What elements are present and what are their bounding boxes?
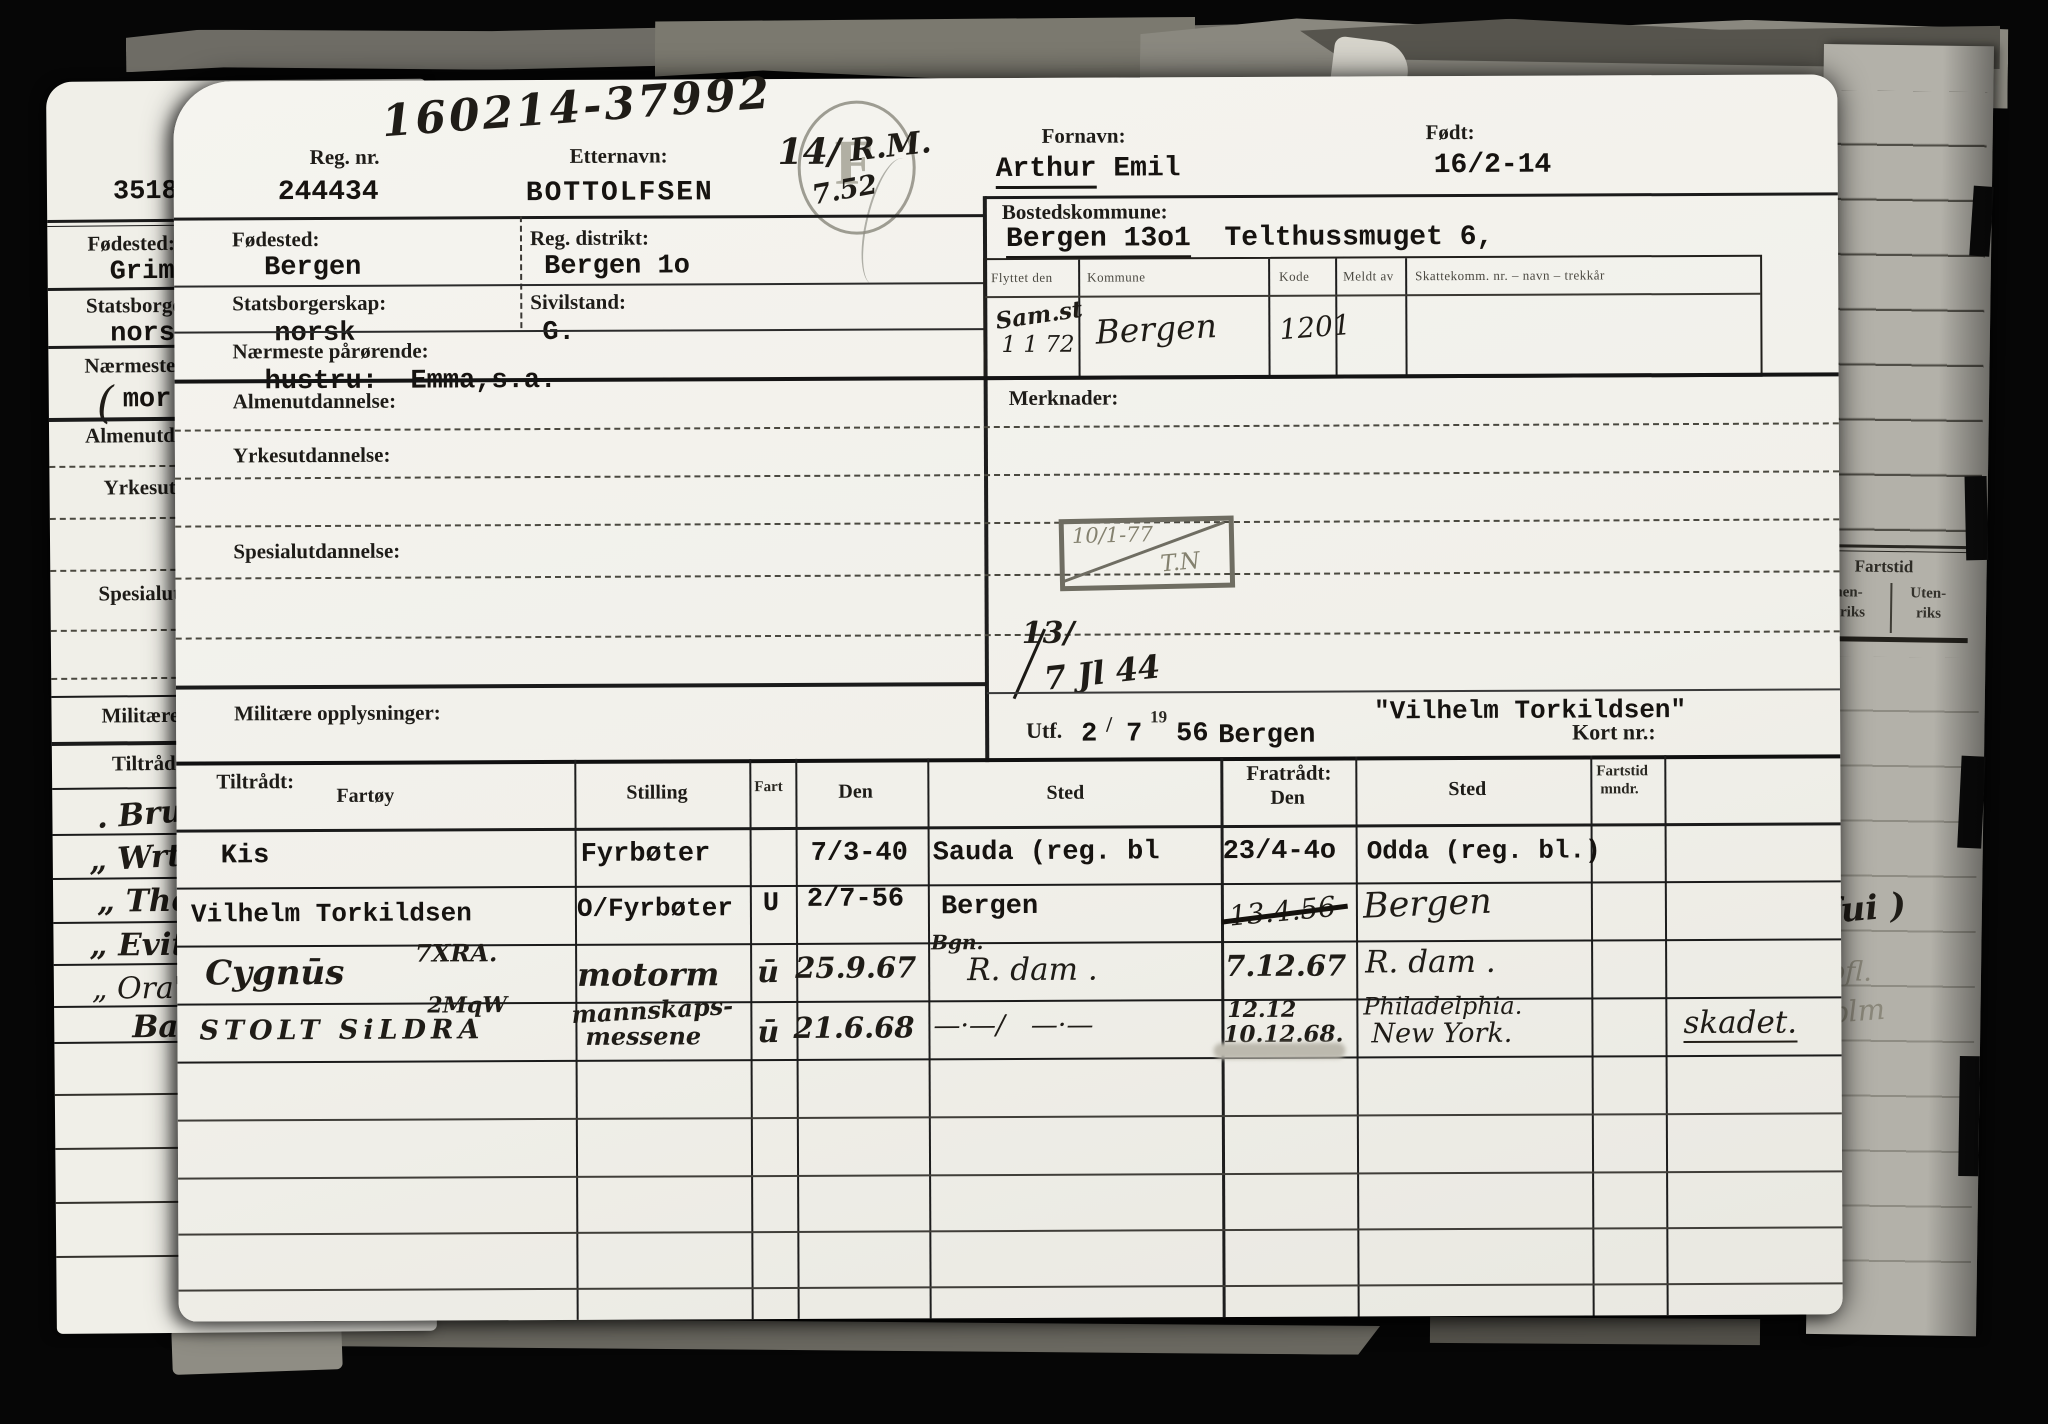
col-stilling: Stilling bbox=[626, 781, 687, 804]
row4-frat-sted-2: New York. bbox=[1371, 1018, 1512, 1050]
innenriks-header-line2: riks bbox=[1840, 604, 1865, 621]
register-card: Reg. nr. 244434 160214-37992 Etternavn: … bbox=[173, 74, 1842, 1321]
row2-fart: U bbox=[763, 889, 779, 919]
top-handwritten-number: 160214-37992 bbox=[380, 67, 774, 147]
col-fartoy: Fartøy bbox=[336, 785, 394, 808]
row4-fartoy-note: 2MqW bbox=[427, 992, 507, 1018]
fodested-column-divider bbox=[520, 216, 522, 328]
left-ship-5: „ Ora" bbox=[92, 971, 188, 1007]
row4-fartoy: STOLT SiLDRA bbox=[199, 1014, 484, 1046]
utenriks-header-line1: Uten- bbox=[1910, 585, 1946, 602]
left-naermeste-label: Nærmeste bbox=[84, 353, 175, 379]
utf-place: Bergen bbox=[1218, 721, 1315, 751]
col-sted: Sted bbox=[1046, 782, 1084, 805]
bostedskommune-main: Bergen 13o1 bbox=[1006, 223, 1191, 259]
left-almenutdannelse-label: Almenutd bbox=[85, 423, 175, 449]
utf-month: 7 bbox=[1126, 719, 1142, 749]
row4-frat-den-1: 12.12 bbox=[1227, 997, 1296, 1023]
utf-year: 56 bbox=[1176, 719, 1209, 749]
row4-note-skadet: skadet. bbox=[1683, 1005, 1797, 1043]
row1-den: 7/3-40 bbox=[811, 838, 908, 868]
row1-stilling: Fyrbøter bbox=[581, 839, 711, 870]
reg-distrikt-label: Reg. distrikt: bbox=[530, 226, 649, 252]
bostedskommune-label: Bostedskommune: bbox=[1002, 199, 1168, 225]
naermeste-label: Nærmeste pårørende: bbox=[232, 339, 428, 365]
kort-nr-label: Kort nr.: bbox=[1572, 719, 1656, 745]
fodt-label: Født: bbox=[1425, 120, 1474, 145]
col-fart: Fart bbox=[754, 779, 782, 796]
row4-frat-sted-1: Philadelphia. bbox=[1363, 992, 1522, 1021]
right-card-ruled-lines-top bbox=[1823, 90, 1987, 536]
row4-sted: —·—/ —·— bbox=[933, 1010, 1093, 1042]
row4-den: 21.6.68 bbox=[793, 1010, 914, 1045]
bostedskommune-value: Bergen 13o1 Telthussmuget 6, bbox=[1006, 222, 1493, 255]
stamp-box-date: 10/1-77 bbox=[1072, 522, 1153, 548]
row3-frat-sted: R. dam . bbox=[1365, 944, 1496, 981]
row3-fartoy: Cygnūs bbox=[205, 953, 344, 994]
row3-fartoy-note: 7XRA. bbox=[415, 938, 497, 967]
fodested-label: Fødested: bbox=[232, 227, 320, 252]
row2-stilling: O/Fyrbøter bbox=[577, 893, 733, 924]
row3-fart: ū bbox=[757, 955, 779, 990]
fornavn-first: Arthur bbox=[996, 154, 1097, 189]
fornavn-rest: Emil bbox=[1096, 153, 1180, 184]
etternavn-label: Etternavn: bbox=[570, 143, 668, 168]
tiltraadt-label: Tiltrådt: bbox=[216, 769, 294, 794]
mid-note-line2: 7 Jl 44 bbox=[1042, 647, 1162, 697]
row2-frat-sted: Bergen bbox=[1362, 882, 1492, 927]
row2-fartoy: Vilhelm Torkildsen bbox=[191, 898, 472, 929]
flytte-col-flyttet-den: Flyttet den bbox=[991, 270, 1053, 286]
flytte-col-skattekomm: Skattekomm. nr. – navn – trekkår bbox=[1415, 267, 1605, 284]
fornavn-label: Fornavn: bbox=[1041, 123, 1125, 148]
flytte-col-kode: Kode bbox=[1279, 269, 1309, 285]
col-fartstid-mndr: mndr. bbox=[1600, 781, 1638, 798]
row3-stilling: motorm bbox=[577, 955, 719, 994]
row1-frat-sted: Odda (reg. bl.) bbox=[1367, 835, 1601, 866]
statsborgerskap-label: Statsborgerskap: bbox=[232, 291, 386, 317]
date-stamp-box: 10/1-77 T.N bbox=[1059, 515, 1236, 591]
stamp-box-initials: T.N bbox=[1159, 548, 1201, 577]
fodested-value: Bergen bbox=[264, 253, 361, 283]
flytte-value-dato-1: Sam.st bbox=[994, 296, 1084, 335]
paper-bit-bottom-right bbox=[1430, 1317, 1760, 1345]
flytte-col-meldt-av: Meldt av bbox=[1343, 268, 1394, 284]
utf-label: Utf. bbox=[1026, 718, 1062, 744]
bostedskommune-rest: Telthussmuget 6, bbox=[1191, 222, 1494, 254]
militaere-label: Militære opplysninger: bbox=[234, 700, 441, 726]
mid-note-line1: 13/ bbox=[1022, 616, 1075, 651]
left-fodested-label: Fødested: bbox=[87, 231, 175, 257]
flytte-value-kode: 1201 bbox=[1278, 308, 1352, 346]
pencil-smudge bbox=[1214, 1043, 1346, 1060]
fodt-value: 16/2-14 bbox=[1434, 150, 1552, 182]
almenutdannelse-label: Almenutdannelse: bbox=[233, 389, 396, 415]
row2-den: 2/7-56 bbox=[807, 884, 904, 914]
sivilstand-label: Sivilstand: bbox=[530, 290, 626, 315]
utenriks-header-line2: riks bbox=[1916, 605, 1941, 622]
row3-sted-pre: Bgn. bbox=[931, 930, 984, 954]
row2-frat-den-struck: 13.4.56 bbox=[1228, 890, 1337, 933]
utf-day: 2 bbox=[1081, 720, 1097, 750]
paper-strip-bottom bbox=[290, 1317, 1380, 1355]
row2-sted: Bergen bbox=[941, 892, 1038, 922]
spesialutdannelse-label: Spesialutdannelse: bbox=[233, 539, 400, 565]
utf-pre-year: 19 bbox=[1150, 707, 1167, 727]
row1-fartoy: Kis bbox=[221, 841, 270, 871]
row1-frat-den: 23/4-4o bbox=[1223, 837, 1337, 867]
fartstid-header: Fartstid bbox=[1855, 556, 1914, 577]
flytte-value-kommune: Bergen bbox=[1094, 306, 1217, 352]
flytte-col-kommune: Kommune bbox=[1087, 269, 1145, 285]
flytte-table: Flyttet den Kommune Kode Meldt av Skatte… bbox=[983, 255, 1763, 380]
reg-nr-value: 244434 bbox=[278, 177, 379, 208]
stamp-handwriting-day: 14/ bbox=[778, 131, 841, 173]
merknader-label: Merknader: bbox=[1009, 386, 1119, 411]
reg-distrikt-value: Bergen 1o bbox=[544, 251, 690, 282]
row3-frat-den: 7.12.67 bbox=[1225, 949, 1346, 984]
col-frat-sted: Sted bbox=[1448, 778, 1486, 801]
stamp-handwriting-initials: R.M. bbox=[848, 124, 933, 169]
row4-fart: ū bbox=[757, 1015, 779, 1050]
fratraadt-label: Fratrådt: bbox=[1246, 761, 1331, 786]
col-frat-den: Den bbox=[1270, 787, 1305, 810]
col-den: Den bbox=[838, 781, 873, 804]
scanned-register-stack: Fartstid nen- riks Uten- riks fui ) ofl.… bbox=[0, 0, 2048, 1424]
row3-sted: R. dam . bbox=[967, 952, 1098, 989]
row3-den: 25.9.67 bbox=[795, 950, 916, 985]
fornavn-value: Arthur Emil bbox=[996, 153, 1181, 185]
sivilstand-value: G. bbox=[542, 318, 575, 348]
utf-slash: / bbox=[1106, 712, 1112, 738]
left-statsborgerskap-label: Statsborge bbox=[86, 293, 182, 319]
row4-stilling-2: messene bbox=[585, 1021, 701, 1051]
row2-frat-den: 13.4.56 bbox=[1228, 890, 1337, 933]
row1-sted: Sauda (reg. bl bbox=[933, 837, 1160, 868]
flytte-value-dato-2: 1 1 72 bbox=[1001, 332, 1074, 358]
etternavn-value: BOTTOLFSEN bbox=[526, 177, 714, 209]
reg-nr-label: Reg. nr. bbox=[310, 145, 380, 170]
col-fartstid: Fartstid bbox=[1596, 763, 1648, 780]
yrkesutdannelse-label: Yrkesutdannelse: bbox=[233, 443, 391, 469]
